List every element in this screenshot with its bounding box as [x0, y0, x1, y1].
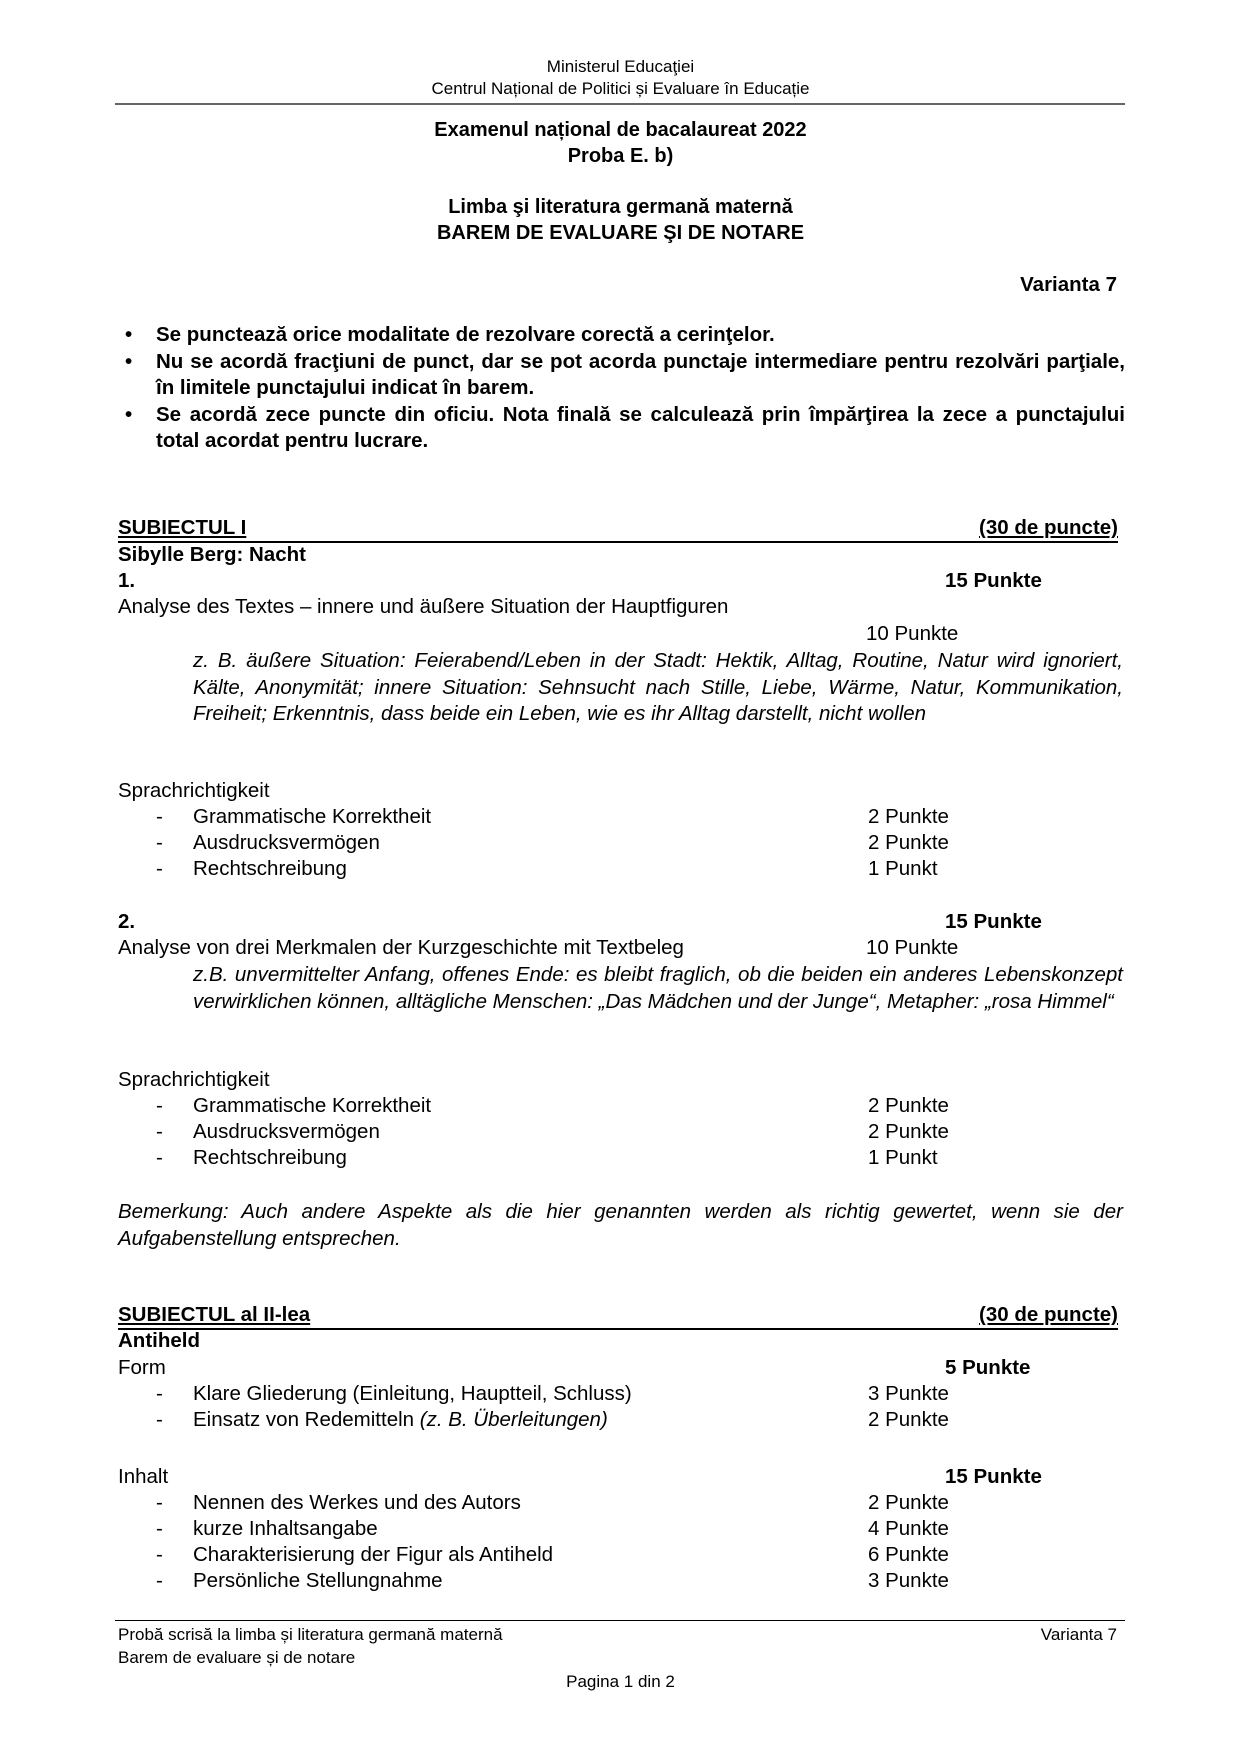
page-number: Pagina 1 din 2 [0, 1672, 1241, 1692]
header-ministry: Ministerul Educaţiei [0, 57, 1241, 77]
subject1-work: Sibylle Berg: Nacht [118, 543, 306, 567]
q2-lang-item-points: 2 Punkte [868, 1120, 949, 1144]
q1-lang-item-points: 1 Punkt [868, 857, 938, 881]
dash-icon: - [156, 1094, 163, 1118]
content-item: Persönliche Stellungnahme [193, 1569, 443, 1593]
q1-lang-item-points: 2 Punkte [868, 831, 949, 855]
dash-icon: - [156, 1491, 163, 1515]
q1-lang-item-points: 2 Punkte [868, 805, 949, 829]
subject1-remark: Bemerkung: Auch andere Aspekte als die h… [118, 1199, 1123, 1252]
q2-lang-item: Rechtschreibung [193, 1146, 347, 1170]
q1-example: z. B. äußere Situation: Feierabend/Leben… [193, 648, 1123, 728]
q1-lang-item: Ausdrucksvermögen [193, 831, 380, 855]
rule-item: •Se punctează orice modalitate de rezolv… [120, 322, 1125, 349]
rule-item: •Nu se acordă fracţiuni de punct, dar se… [120, 349, 1125, 402]
footer-rule [115, 1620, 1125, 1621]
subject-title: Limba şi literatura germană maternă [0, 196, 1241, 219]
subject2-points: (30 de puncte) [979, 1303, 1118, 1327]
q2-lang-item-points: 2 Punkte [868, 1094, 949, 1118]
footer-line1: Probă scrisă la limba și literatura germ… [118, 1625, 503, 1645]
general-rules: •Se punctează orice modalitate de rezolv… [120, 322, 1125, 455]
bullet-icon: • [125, 402, 132, 429]
form-label: Form [118, 1356, 166, 1380]
header-rule [115, 103, 1125, 105]
header-center: Centrul Național de Politici și Evaluare… [0, 79, 1241, 99]
dash-icon: - [156, 1517, 163, 1541]
form-item-points: 3 Punkte [868, 1382, 949, 1406]
dash-icon: - [156, 831, 163, 855]
q2-lang-item-points: 1 Punkt [868, 1146, 938, 1170]
bullet-icon: • [125, 349, 132, 376]
form-total: 5 Punkte [945, 1356, 1030, 1380]
dash-icon: - [156, 1569, 163, 1593]
barem-title: BAREM DE EVALUARE ŞI DE NOTARE [0, 222, 1241, 245]
content-item-points: 3 Punkte [868, 1569, 949, 1593]
dash-icon: - [156, 1408, 163, 1432]
rule-item: •Se acordă zece puncte din oficiu. Nota … [120, 402, 1125, 455]
subject1-heading: SUBIECTUL I (30 de puncte) [118, 516, 1118, 543]
dash-icon: - [156, 1382, 163, 1406]
content-item-points: 4 Punkte [868, 1517, 949, 1541]
q2-lang-item: Grammatische Korrektheit [193, 1094, 431, 1118]
form-item: Klare Gliederung (Einleitung, Hauptteil,… [193, 1382, 632, 1406]
q2-number: 2. [118, 910, 135, 934]
q1-number: 1. [118, 569, 135, 593]
content-item: Nennen des Werkes und des Autors [193, 1491, 521, 1515]
content-item-points: 2 Punkte [868, 1491, 949, 1515]
dash-icon: - [156, 857, 163, 881]
q2-lang-label: Sprachrichtigkeit [118, 1068, 270, 1092]
dash-icon: - [156, 1543, 163, 1567]
q2-total: 15 Punkte [945, 910, 1042, 934]
dash-icon: - [156, 1120, 163, 1144]
q1-lang-item: Grammatische Korrektheit [193, 805, 431, 829]
q2-example: z.B. unvermittelter Anfang, offenes Ende… [193, 962, 1123, 1015]
q1-task-points: 10 Punkte [866, 622, 958, 646]
footer-line2: Barem de evaluare și de notare [118, 1648, 355, 1668]
q1-task: Analyse des Textes – innere und äußere S… [118, 595, 728, 619]
subject1-points: (30 de puncte) [979, 516, 1118, 540]
form-item-points: 2 Punkte [868, 1408, 949, 1432]
content-label: Inhalt [118, 1465, 168, 1489]
content-item-points: 6 Punkte [868, 1543, 949, 1567]
dash-icon: - [156, 805, 163, 829]
proba-title: Proba E. b) [0, 145, 1241, 168]
subject2-topic: Antiheld [118, 1329, 200, 1353]
q2-task: Analyse von drei Merkmalen der Kurzgesch… [118, 936, 684, 960]
q1-lang-item: Rechtschreibung [193, 857, 347, 881]
variant-label: Varianta 7 [1020, 273, 1117, 297]
q2-task-points: 10 Punkte [866, 936, 958, 960]
content-item: kurze Inhaltsangabe [193, 1517, 378, 1541]
exam-title: Examenul național de bacalaureat 2022 [0, 119, 1241, 142]
subject2-heading: SUBIECTUL al II-lea (30 de puncte) [118, 1303, 1118, 1330]
subject2-title: SUBIECTUL al II-lea [118, 1303, 310, 1327]
content-total: 15 Punkte [945, 1465, 1042, 1489]
footer-variant: Varianta 7 [1041, 1625, 1117, 1645]
q1-lang-label: Sprachrichtigkeit [118, 779, 270, 803]
subject1-title: SUBIECTUL I [118, 516, 246, 540]
bullet-icon: • [125, 322, 132, 349]
form-item: Einsatz von Redemitteln (z. B. Überleitu… [193, 1408, 608, 1432]
q2-lang-item: Ausdrucksvermögen [193, 1120, 380, 1144]
q1-total: 15 Punkte [945, 569, 1042, 593]
dash-icon: - [156, 1146, 163, 1170]
content-item: Charakterisierung der Figur als Antiheld [193, 1543, 553, 1567]
